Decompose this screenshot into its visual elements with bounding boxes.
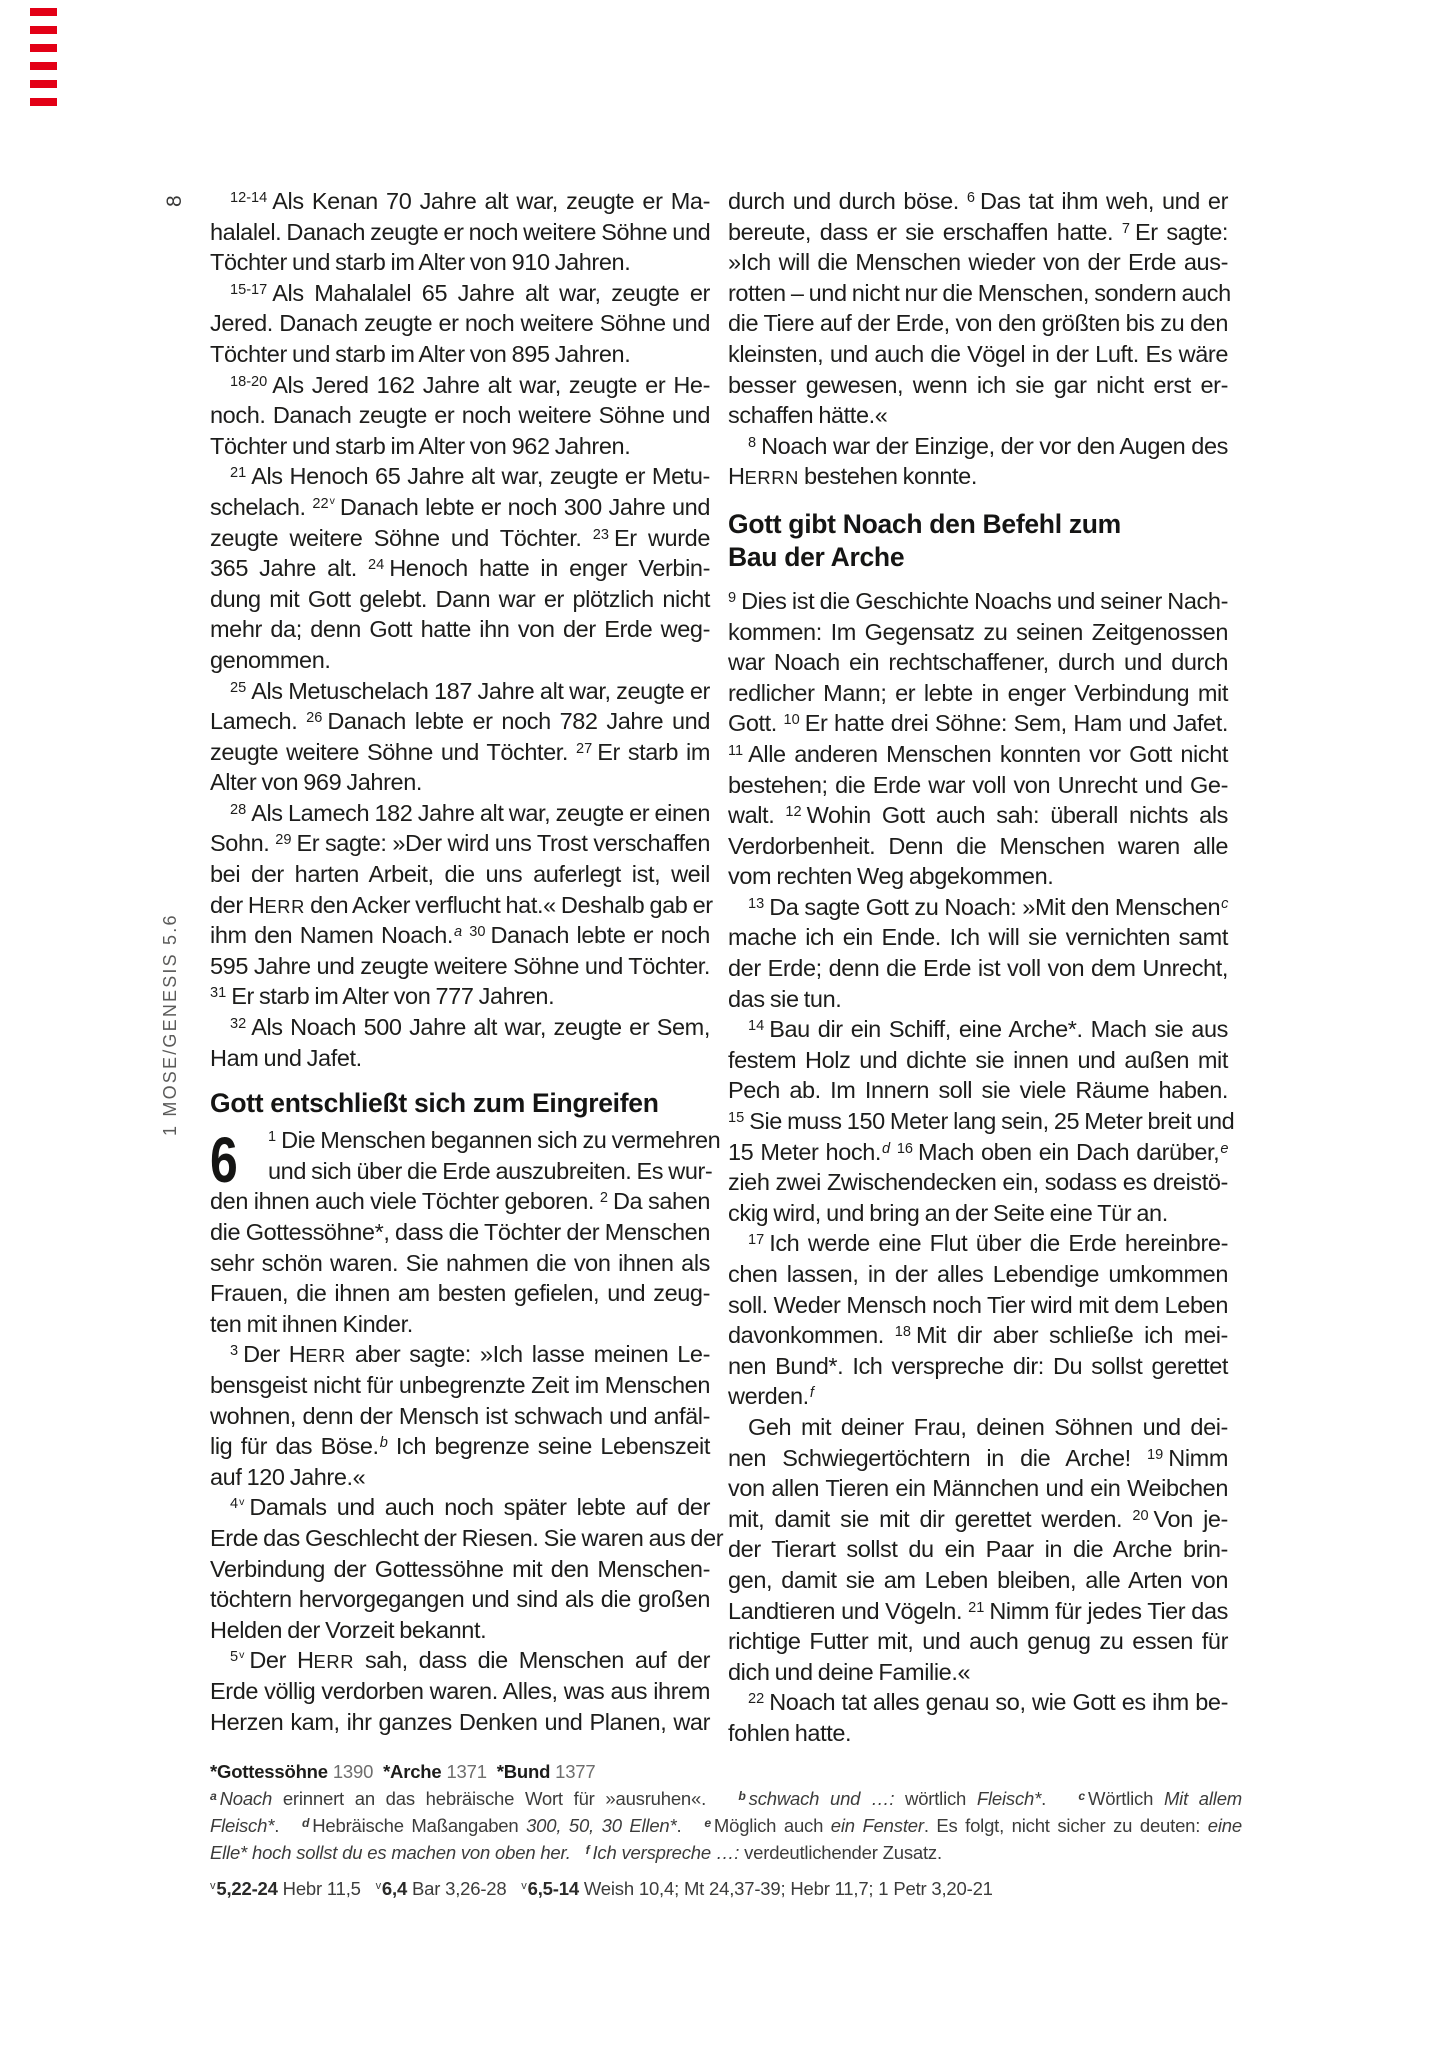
text-run: davonkommen. bbox=[728, 1322, 895, 1348]
divine-name-smallcaps: HERR bbox=[248, 892, 305, 918]
text-line: nen Bund*. Ich verspreche dir: Du sollst… bbox=[728, 1351, 1228, 1382]
verse-number: 11 bbox=[728, 743, 743, 759]
verse-number: 15 bbox=[728, 1110, 744, 1126]
text-line: festem Holz und dichte sie innen und auß… bbox=[728, 1045, 1228, 1076]
text-run: bestehen konnte. bbox=[799, 463, 977, 489]
text-line: und sich über die Erde auszubreiten. Es … bbox=[210, 1156, 710, 1187]
text-column-right: durch und durch böse. 6Das tat ihm weh, … bbox=[728, 186, 1228, 1749]
footnote-italic-text: Fleisch* bbox=[210, 1815, 274, 1836]
footnote-letter: f bbox=[586, 1843, 590, 1857]
text-run: Nimm bbox=[1168, 1445, 1228, 1471]
verse-number-with-crossref-marker: 22v bbox=[312, 496, 334, 512]
text-run bbox=[361, 1878, 376, 1899]
text-run: Henoch hatte in enger Verbin- bbox=[389, 555, 710, 581]
text-run: wohnen, denn der Mensch ist schwach und … bbox=[210, 1403, 710, 1429]
text-line: Landtieren und Vögeln. 21Nimm für jedes … bbox=[728, 1596, 1228, 1627]
text-line: zieh zwei Zwischendecken ein, sodass es … bbox=[728, 1167, 1228, 1198]
text-line: schelach. 22vDanach lebte er noch 300 Ja… bbox=[210, 492, 710, 523]
text-line: mehr da; denn Gott hatte ihn von der Erd… bbox=[210, 614, 710, 645]
text-line: mit, damit sie mit dir gerettet werden. … bbox=[728, 1504, 1228, 1535]
text-line: wohnen, denn der Mensch ist schwach und … bbox=[210, 1401, 710, 1432]
text-line: lig für das Böse.b Ich begrenze seine Le… bbox=[210, 1431, 710, 1462]
text-run: der Erde; denn die Erde ist voll von dem… bbox=[728, 955, 1228, 981]
registration-mark bbox=[30, 26, 57, 34]
verse-number: 7 bbox=[1122, 221, 1130, 237]
text-run: lig für das Böse. bbox=[210, 1433, 379, 1459]
text-run: Verdorbenheit. Denn die Menschen waren a… bbox=[728, 833, 1228, 859]
text-line: sehr schön waren. Sie nahmen die von ihn… bbox=[210, 1248, 710, 1279]
footnote-letter-marker: f bbox=[810, 1385, 814, 1401]
verse-number: 25 bbox=[230, 680, 246, 696]
text-run: bereute, dass er sie erschaffen hatte. bbox=[728, 219, 1122, 245]
footnote-chain-number: 1377 bbox=[555, 1761, 595, 1782]
text-run: ten mit ihnen Kinder. bbox=[210, 1311, 413, 1337]
text-line: *Gottessöhne 1390 *Arche 1371 *Bund 1377 bbox=[210, 1758, 1242, 1785]
text-line: 22Noach tat alles genau so, wie Gott es … bbox=[728, 1687, 1228, 1718]
text-line: bereute, dass er sie erschaffen hatte. 7… bbox=[728, 217, 1228, 248]
text-line: 21Als Henoch 65 Jahre alt war, zeugte er… bbox=[210, 461, 710, 492]
text-line: kommen: Im Gegensatz zu seinen Zeitgenos… bbox=[728, 617, 1228, 648]
text-line: Sohn. 29Er sagte: »Der wird uns Trost ve… bbox=[210, 828, 710, 859]
text-line: ckig wird, und bring an der Seite eine T… bbox=[728, 1198, 1228, 1229]
text-line: Jered. Danach zeugte er noch weitere Söh… bbox=[210, 308, 710, 339]
text-run bbox=[681, 1815, 704, 1836]
text-line: 12-14Als Kenan 70 Jahre alt war, zeugte … bbox=[210, 186, 710, 217]
text-run: Er starb im Alter von 777 Jahren. bbox=[231, 983, 554, 1009]
text-run: den Acker verflucht hat.« Deshalb gab er bbox=[305, 892, 713, 918]
text-run bbox=[279, 1815, 302, 1836]
text-run: Noach war der Einzige, der vor den Augen… bbox=[761, 433, 1228, 459]
crossref-entry: v6,4 bbox=[376, 1878, 407, 1899]
text-run: Danach lebte er noch 300 Jahre und bbox=[340, 494, 710, 520]
text-run: Landtieren und Vögeln. bbox=[728, 1598, 968, 1624]
footnote-chain-number: 1390 bbox=[333, 1761, 373, 1782]
verse-number: 1 bbox=[268, 1129, 276, 1145]
text-run bbox=[706, 1788, 738, 1809]
text-run: Töchter und starb im Alter von 895 Jahre… bbox=[210, 341, 630, 367]
verse-number: 12-14 bbox=[230, 190, 267, 206]
crossref-marker: v bbox=[210, 1880, 215, 1892]
text-run: bensgeist nicht für unbegrenzte Zeit im … bbox=[210, 1372, 710, 1398]
text-line: kleinsten, und auch die Vögel in der Luf… bbox=[728, 339, 1228, 370]
text-line: durch und durch böse. 6Das tat ihm weh, … bbox=[728, 186, 1228, 217]
text-line: 15Sie muss 150 Meter lang sein, 25 Meter… bbox=[728, 1106, 1228, 1137]
text-run: Geh mit deiner Frau, deinen Söhnen und d… bbox=[748, 1414, 1228, 1440]
text-line: nen Schwiegertöchtern in die Arche! 19Ni… bbox=[728, 1443, 1228, 1474]
verse-number: 22 bbox=[748, 1691, 764, 1707]
text-run: Ich begrenze seine Lebenszeit bbox=[387, 1433, 710, 1459]
text-run: Weish 10,4; Mt 24,37-39; Hebr 11,7; 1 Pe… bbox=[579, 1878, 993, 1899]
text-run: Als Kenan 70 Jahre alt war, zeugte er Ma… bbox=[272, 188, 710, 214]
text-run: Von je- bbox=[1154, 1506, 1228, 1532]
verse-number: 15-17 bbox=[230, 282, 267, 298]
verse-number: 24 bbox=[368, 557, 384, 573]
text-run: mehr da; denn Gott hatte ihn von der Erd… bbox=[210, 616, 710, 642]
text-run: walt. bbox=[728, 802, 785, 828]
text-run: bestehen; die Erde war voll von Unrecht … bbox=[728, 772, 1228, 798]
text-run: 365 Jahre alt. bbox=[210, 555, 368, 581]
text-run: verdeutlichender Zusatz. bbox=[739, 1842, 942, 1863]
footnote-keyword: *Bund bbox=[497, 1761, 555, 1782]
footnote-letter-marker: d bbox=[882, 1141, 890, 1157]
text-line: töchtern hervorgegangen und sind als die… bbox=[210, 1584, 710, 1615]
text-line: halalel. Danach zeugte er noch weitere S… bbox=[210, 217, 710, 248]
text-line: Ham und Jafet. bbox=[210, 1043, 710, 1074]
verse-number-with-crossref-marker: 5v bbox=[230, 1649, 244, 1665]
text-line: fohlen hatte. bbox=[728, 1718, 1228, 1749]
text-run: töchtern hervorgegangen und sind als die… bbox=[210, 1586, 710, 1612]
text-run: Als Noach 500 Jahre alt war, zeugte er S… bbox=[251, 1014, 710, 1040]
verse-number: 26 bbox=[306, 710, 322, 726]
text-line: »Ich will die Menschen wieder von der Er… bbox=[728, 247, 1228, 278]
divine-name-smallcaps: HERRN bbox=[728, 463, 799, 489]
verse-number: 18-20 bbox=[230, 374, 267, 390]
text-run: mit, damit sie mit dir gerettet werden. bbox=[728, 1506, 1132, 1532]
text-line: 32Als Noach 500 Jahre alt war, zeugte er… bbox=[210, 1012, 710, 1043]
text-run: wörtlich bbox=[894, 1788, 977, 1809]
footnote-letter-marker: c bbox=[1221, 896, 1228, 912]
text-run: mache ich ein Ende. Ich will sie vernich… bbox=[728, 924, 1228, 950]
text-line: das sie tun. bbox=[728, 984, 1228, 1015]
text-run: dung mit Gott gelebt. Dann war er plötzl… bbox=[210, 586, 710, 612]
text-run: Helden der Vorzeit bekannt. bbox=[210, 1617, 486, 1643]
footnote-italic-text: eine bbox=[1208, 1815, 1242, 1836]
text-line: dung mit Gott gelebt. Dann war er plötzl… bbox=[210, 584, 710, 615]
text-run: Als Lamech 182 Jahre alt war, zeugte er … bbox=[251, 800, 710, 826]
text-line: Geh mit deiner Frau, deinen Söhnen und d… bbox=[728, 1412, 1228, 1443]
paragraph: 32Als Noach 500 Jahre alt war, zeugte er… bbox=[210, 1012, 710, 1073]
text-run: schaffen hätte.« bbox=[728, 402, 887, 428]
text-run: Töchter und starb im Alter von 962 Jahre… bbox=[210, 433, 630, 459]
text-run: festem Holz und dichte sie innen und auß… bbox=[728, 1047, 1228, 1073]
text-run: und sich über die Erde auszubreiten. Es … bbox=[268, 1158, 712, 1184]
text-run: bei der harten Arbeit, die uns auferlegt… bbox=[210, 861, 710, 887]
paragraph: 28Als Lamech 182 Jahre alt war, zeugte e… bbox=[210, 798, 710, 1012]
text-run: Dies ist die Geschichte Noachs und seine… bbox=[741, 588, 1228, 614]
text-run: 595 Jahre und zeugte weitere Söhne und T… bbox=[210, 953, 710, 979]
text-run: die Tiere auf der Erde, von den größten … bbox=[728, 310, 1228, 336]
text-run: Danach lebte er noch 782 Jahre und bbox=[327, 708, 710, 734]
verse-number: 9 bbox=[728, 590, 736, 606]
text-run: Mach oben ein Dach darüber, bbox=[918, 1139, 1219, 1165]
crossref-entry: v5,22-24 bbox=[210, 1878, 278, 1899]
text-line: 25Als Metuschelach 187 Jahre alt war, ze… bbox=[210, 676, 710, 707]
footnote-keyword: *Arche bbox=[383, 1761, 446, 1782]
text-run: Als Metuschelach 187 Jahre alt war, zeug… bbox=[251, 678, 710, 704]
text-line: 18-20Als Jered 162 Jahre alt war, zeugte… bbox=[210, 370, 710, 401]
text-run bbox=[506, 1878, 521, 1899]
text-line: 5vDer HERR sah, dass die Menschen auf de… bbox=[210, 1645, 710, 1676]
text-run: die Gottessöhne*, dass die Töchter der M… bbox=[210, 1219, 710, 1245]
text-run: der bbox=[210, 892, 248, 918]
verse-number: 10 bbox=[784, 712, 800, 728]
verse-number: 32 bbox=[230, 1016, 246, 1032]
paragraph: 17Ich werde eine Flut über die Erde here… bbox=[728, 1228, 1228, 1412]
footnote-keyword: *Gottessöhne bbox=[210, 1761, 333, 1782]
text-line: Elle* hoch sollst du es machen von oben … bbox=[210, 1839, 1242, 1866]
text-line: dich und deine Familie.« bbox=[728, 1657, 1228, 1688]
text-line: der Tierart sollst du ein Paar in die Ar… bbox=[728, 1534, 1228, 1565]
text-run: Damals und auch noch später lebte auf de… bbox=[249, 1494, 710, 1520]
text-run: Erde völlig verdorben waren. Alles, was … bbox=[210, 1678, 710, 1704]
footnote-letter: c bbox=[1078, 1789, 1085, 1803]
text-run: Mit dir aber schließe ich mei- bbox=[916, 1322, 1228, 1348]
text-line: 8Noach war der Einzige, der vor den Auge… bbox=[728, 431, 1228, 462]
text-line: 11Alle anderen Menschen konnten vor Gott… bbox=[728, 739, 1228, 770]
text-run: soll. Weder Mensch noch Tier wird mit de… bbox=[728, 1292, 1228, 1318]
verse-number: 6 bbox=[967, 190, 975, 206]
footnote-letter-marker: b bbox=[380, 1435, 388, 1451]
text-line: Töchter und starb im Alter von 962 Jahre… bbox=[210, 431, 710, 462]
text-run: Als Mahalalel 65 Jahre alt war, zeugte e… bbox=[272, 280, 710, 306]
footnote-letter-marker: a bbox=[454, 924, 462, 940]
crossref-marker: v bbox=[239, 1650, 244, 1661]
crossref-verse: 6,5-14 bbox=[528, 1878, 579, 1899]
footnotes-block: *Gottessöhne 1390 *Arche 1371 *Bund 1377… bbox=[210, 1758, 1242, 1902]
text-run: Bar 3,26-28 bbox=[407, 1878, 506, 1899]
verse-number: 3 bbox=[230, 1343, 238, 1359]
text-run: den ihnen auch viele Töchter geboren. bbox=[210, 1188, 600, 1214]
text-line: chen lassen, in der alles Lebendige umko… bbox=[728, 1259, 1228, 1290]
crossref-verse: 6,4 bbox=[382, 1878, 407, 1899]
text-run: kleinsten, und auch die Vögel in der Luf… bbox=[728, 341, 1228, 367]
paragraph: durch und durch böse. 6Das tat ihm weh, … bbox=[728, 186, 1228, 431]
text-line: Lamech. 26Danach lebte er noch 782 Jahre… bbox=[210, 706, 710, 737]
chapter-number: 6 bbox=[210, 1128, 238, 1192]
text-run: Jered. Danach zeugte er noch weitere Söh… bbox=[210, 310, 710, 336]
paragraph: 22Noach tat alles genau so, wie Gott es … bbox=[728, 1687, 1228, 1748]
paragraph: 8Noach war der Einzige, der vor den Auge… bbox=[728, 431, 1228, 492]
text-run: Er starb im bbox=[597, 739, 710, 765]
text-line: genommen. bbox=[210, 645, 710, 676]
paragraph: 18-20Als Jered 162 Jahre alt war, zeugte… bbox=[210, 370, 710, 462]
registration-mark bbox=[30, 44, 57, 52]
paragraph: 4vDamals und auch noch später lebte auf … bbox=[210, 1492, 710, 1645]
text-run: Das tat ihm weh, und er bbox=[980, 188, 1228, 214]
footnote-italic-text: ein Fenster bbox=[831, 1815, 924, 1836]
text-line: 365 Jahre alt. 24Henoch hatte in enger V… bbox=[210, 553, 710, 584]
text-line: Gott. 10Er hatte drei Söhne: Sem, Ham un… bbox=[728, 708, 1228, 739]
divine-name-smallcaps: HERR bbox=[289, 1341, 346, 1367]
verse-number: 29 bbox=[275, 832, 291, 848]
text-run: dich und deine Familie.« bbox=[728, 1659, 970, 1685]
text-run: »Ich will die Menschen wieder von der Er… bbox=[728, 249, 1228, 275]
text-run: halalel. Danach zeugte er noch weitere S… bbox=[210, 219, 710, 245]
text-line: 31Er starb im Alter von 777 Jahren. bbox=[210, 981, 710, 1012]
text-run: Pech ab. Im Innern soll sie viele Räume … bbox=[728, 1077, 1228, 1103]
text-line: Fleisch*. dHebräische Maßangaben 300, 50… bbox=[210, 1812, 1242, 1839]
text-line: Verdorbenheit. Denn die Menschen waren a… bbox=[728, 831, 1228, 862]
text-line: Töchter und starb im Alter von 895 Jahre… bbox=[210, 339, 710, 370]
text-run: redlicher Mann; er lebte in enger Verbin… bbox=[728, 680, 1228, 706]
text-line: Helden der Vorzeit bekannt. bbox=[210, 1615, 710, 1646]
text-run: Da sahen bbox=[613, 1188, 710, 1214]
text-run: Wohin Gott auch sah: überall nichts als bbox=[807, 802, 1228, 828]
text-run: richtige Futter mit, und auch genug zu e… bbox=[728, 1628, 1228, 1654]
text-run bbox=[890, 1139, 897, 1165]
footnote-letter-marker: e bbox=[1220, 1141, 1228, 1157]
bible-page: 8 1 MOSE/GENESIS 5.6 12-14Als Kenan 70 J… bbox=[0, 0, 1439, 2053]
text-line: Erde das Geschlecht der Riesen. Sie ware… bbox=[210, 1523, 710, 1554]
crossref-marker: v bbox=[239, 1497, 244, 1508]
text-run: ckig wird, und bring an der Seite eine T… bbox=[728, 1200, 1168, 1226]
text-run: zeugte weitere Söhne und Töchter. bbox=[210, 739, 576, 765]
text-line: 9Dies ist die Geschichte Noachs und sein… bbox=[728, 586, 1228, 617]
footnote-letter: e bbox=[704, 1816, 711, 1830]
text-line: der HERR den Acker verflucht hat.« Desha… bbox=[210, 890, 710, 921]
text-run: kommen: Im Gegensatz zu seinen Zeitgenos… bbox=[728, 619, 1228, 645]
text-line: HERRN bestehen konnte. bbox=[728, 461, 1228, 492]
text-run: Alter von 969 Jahren. bbox=[210, 769, 422, 795]
text-column-left: 12-14Als Kenan 70 Jahre alt war, zeugte … bbox=[210, 186, 710, 1737]
text-run: Frauen, die ihnen am besten gefielen, un… bbox=[210, 1280, 710, 1306]
text-run: Nimm für jedes Tier das bbox=[989, 1598, 1228, 1624]
text-line: bensgeist nicht für unbegrenzte Zeit im … bbox=[210, 1370, 710, 1401]
paragraph: 21Als Henoch 65 Jahre alt war, zeugte er… bbox=[210, 461, 710, 675]
footnote-italic-text: schwach und …: bbox=[749, 1788, 895, 1809]
text-run: Als Henoch 65 Jahre alt war, zeugte er M… bbox=[251, 463, 710, 489]
text-line: Erde völlig verdorben waren. Alles, was … bbox=[210, 1676, 710, 1707]
verse-number: 14 bbox=[748, 1018, 764, 1034]
verse-number: 20 bbox=[1132, 1508, 1148, 1524]
text-run: Der bbox=[243, 1341, 289, 1367]
text-line: 3Der HERR aber sagte: »Ich lasse meinen … bbox=[210, 1339, 710, 1370]
paragraph: 9Dies ist die Geschichte Noachs und sein… bbox=[728, 586, 1228, 892]
text-run: 15 Meter hoch. bbox=[728, 1139, 881, 1165]
text-run bbox=[1046, 1788, 1078, 1809]
text-run: Sohn. bbox=[210, 830, 275, 856]
footnote-italic-text: Ich verspreche …: bbox=[592, 1842, 739, 1863]
text-run: Der bbox=[249, 1647, 297, 1673]
text-line: walt. 12Wohin Gott auch sah: überall nic… bbox=[728, 800, 1228, 831]
crossref-marker: v bbox=[330, 496, 335, 507]
text-run: Er sagte: bbox=[1135, 219, 1228, 245]
footnote-letter: a bbox=[210, 1789, 217, 1803]
crossref-marker: v bbox=[521, 1880, 526, 1892]
text-line: vom rechten Weg abgekommen. bbox=[728, 861, 1228, 892]
text-run: fohlen hatte. bbox=[728, 1720, 851, 1746]
footnote-italic-text: Mit allem bbox=[1164, 1788, 1242, 1809]
text-run: Herzen kam, ihr ganzes Denken und Planen… bbox=[210, 1709, 710, 1735]
text-line: 28Als Lamech 182 Jahre alt war, zeugte e… bbox=[210, 798, 710, 829]
text-run: von allen Tieren ein Männchen und ein We… bbox=[728, 1475, 1228, 1501]
text-line: werden.f bbox=[728, 1381, 1228, 1412]
verse-number: 21 bbox=[230, 465, 246, 481]
paragraph: 25Als Metuschelach 187 Jahre alt war, ze… bbox=[210, 676, 710, 798]
text-run: noch. Danach zeugte er noch weitere Söhn… bbox=[210, 402, 710, 428]
text-run: besser gewesen, wenn ich sie gar nicht e… bbox=[728, 372, 1228, 398]
text-run: erinnert an das hebräische Wort für »aus… bbox=[272, 1788, 706, 1809]
section-heading: Gott entschließt sich zum Eingreifen bbox=[210, 1087, 710, 1119]
verse-number: 16 bbox=[897, 1141, 913, 1157]
text-run: Er sagte: »Der wird uns Trost verschaffe… bbox=[296, 830, 710, 856]
text-line: Alter von 969 Jahren. bbox=[210, 767, 710, 798]
text-line: 15 Meter hoch.d 16Mach oben ein Dach dar… bbox=[728, 1137, 1228, 1168]
text-line: 1Die Menschen begannen sich zu vermehren bbox=[210, 1125, 710, 1156]
registration-mark bbox=[30, 62, 57, 70]
footnote-italic-text: Elle* hoch sollst du es machen von oben … bbox=[210, 1842, 571, 1863]
verse-number: 23 bbox=[593, 527, 609, 543]
section-heading-line: Gott gibt Noach den Befehl zum bbox=[728, 508, 1228, 541]
cross-reference-line: v5,22-24 Hebr 11,5 v6,4 Bar 3,26-28 v6,5… bbox=[210, 1875, 1242, 1902]
text-line: redlicher Mann; er lebte in enger Verbin… bbox=[728, 678, 1228, 709]
text-line: die Tiere auf der Erde, von den größten … bbox=[728, 308, 1228, 339]
text-run: gen, damit sie am Leben bleiben, alle Ar… bbox=[728, 1567, 1228, 1593]
verse-number-with-crossref-marker: 4v bbox=[230, 1496, 244, 1512]
text-run: Bau dir ein Schiff, eine Arche*. Mach si… bbox=[769, 1016, 1228, 1042]
text-line: 4vDamals und auch noch später lebte auf … bbox=[210, 1492, 710, 1523]
footnote-italic-text: Noach bbox=[220, 1788, 272, 1809]
text-line: 15-17Als Mahalalel 65 Jahre alt war, zeu… bbox=[210, 278, 710, 309]
text-line: rotten – und nicht nur die Menschen, son… bbox=[728, 278, 1228, 309]
paragraph: 13Da sagte Gott zu Noach: »Mit den Mensc… bbox=[728, 892, 1228, 1014]
verse-number: 27 bbox=[576, 741, 592, 757]
text-line: den ihnen auch viele Töchter geboren. 2D… bbox=[210, 1186, 710, 1217]
text-line: Herzen kam, ihr ganzes Denken und Planen… bbox=[210, 1707, 710, 1738]
crossref-entry: v6,5-14 bbox=[521, 1878, 579, 1899]
footnote-italic-text: Fleisch* bbox=[977, 1788, 1041, 1809]
text-run: Möglich auch bbox=[714, 1815, 831, 1836]
text-run: Alle anderen Menschen konnten vor Gott n… bbox=[748, 741, 1228, 767]
text-line: soll. Weder Mensch noch Tier wird mit de… bbox=[728, 1290, 1228, 1321]
text-run: Ich werde eine Flut über die Erde herein… bbox=[769, 1230, 1228, 1256]
text-run: Töchter und starb im Alter von 910 Jahre… bbox=[210, 249, 630, 275]
verse-number: 8 bbox=[748, 435, 756, 451]
text-run: werden. bbox=[728, 1383, 809, 1409]
text-run bbox=[373, 1761, 383, 1782]
text-line: schaffen hätte.« bbox=[728, 400, 1228, 431]
text-line: 13Da sagte Gott zu Noach: »Mit den Mensc… bbox=[728, 892, 1228, 923]
footnote-letter: b bbox=[738, 1789, 745, 1803]
verse-number: 28 bbox=[230, 802, 246, 818]
text-line: war Noach ein rechtschaffener, durch und… bbox=[728, 647, 1228, 678]
text-run: sah, dass die Menschen auf der bbox=[354, 1647, 710, 1673]
text-line: davonkommen. 18Mit dir aber schließe ich… bbox=[728, 1320, 1228, 1351]
paragraph: 3Der HERR aber sagte: »Ich lasse meinen … bbox=[210, 1339, 710, 1492]
crossref-marker: v bbox=[376, 1880, 381, 1892]
text-line: bei der harten Arbeit, die uns auferlegt… bbox=[210, 859, 710, 890]
text-run: Er hatte drei Söhne: Sem, Ham und Jafet. bbox=[805, 710, 1228, 736]
text-run: das sie tun. bbox=[728, 986, 841, 1012]
text-line: Pech ab. Im Innern soll sie viele Räume … bbox=[728, 1075, 1228, 1106]
footnote-italic-text: 300, 50, 30 Ellen* bbox=[526, 1815, 676, 1836]
text-run: Ham und Jafet. bbox=[210, 1045, 362, 1071]
text-line: ihm den Namen Noach.a 30Danach lebte er … bbox=[210, 920, 710, 951]
text-run: zeugte weitere Söhne und Töchter. bbox=[210, 525, 593, 551]
text-line: Frauen, die ihnen am besten gefielen, un… bbox=[210, 1278, 710, 1309]
divine-name-smallcaps: HERR bbox=[297, 1647, 354, 1673]
text-run: ihm den Namen Noach. bbox=[210, 922, 453, 948]
text-run bbox=[487, 1761, 497, 1782]
registration-mark bbox=[30, 98, 57, 106]
text-run: Danach lebte er noch bbox=[490, 922, 710, 948]
text-line: noch. Danach zeugte er noch weitere Söhn… bbox=[210, 400, 710, 431]
crossref-verse: 5,22-24 bbox=[216, 1878, 277, 1899]
text-line: 595 Jahre und zeugte weitere Söhne und T… bbox=[210, 951, 710, 982]
text-line: mache ich ein Ende. Ich will sie vernich… bbox=[728, 922, 1228, 953]
paragraph: 5vDer HERR sah, dass die Menschen auf de… bbox=[210, 1645, 710, 1737]
text-run: zieh zwei Zwischendecken ein, sodass es … bbox=[728, 1169, 1228, 1195]
verse-number: 21 bbox=[968, 1600, 984, 1616]
text-run: Die Menschen begannen sich zu vermehren bbox=[281, 1127, 720, 1153]
text-run: nen Schwiegertöchtern in die Arche! bbox=[728, 1445, 1147, 1471]
text-run: rotten – und nicht nur die Menschen, son… bbox=[728, 280, 1231, 306]
text-run: Erde das Geschlecht der Riesen. Sie ware… bbox=[210, 1525, 723, 1551]
text-line: Verbindung der Gottessöhne mit den Mensc… bbox=[210, 1554, 710, 1585]
registration-mark bbox=[30, 8, 57, 16]
text-line: besser gewesen, wenn ich sie gar nicht e… bbox=[728, 370, 1228, 401]
registration-mark bbox=[30, 80, 57, 88]
